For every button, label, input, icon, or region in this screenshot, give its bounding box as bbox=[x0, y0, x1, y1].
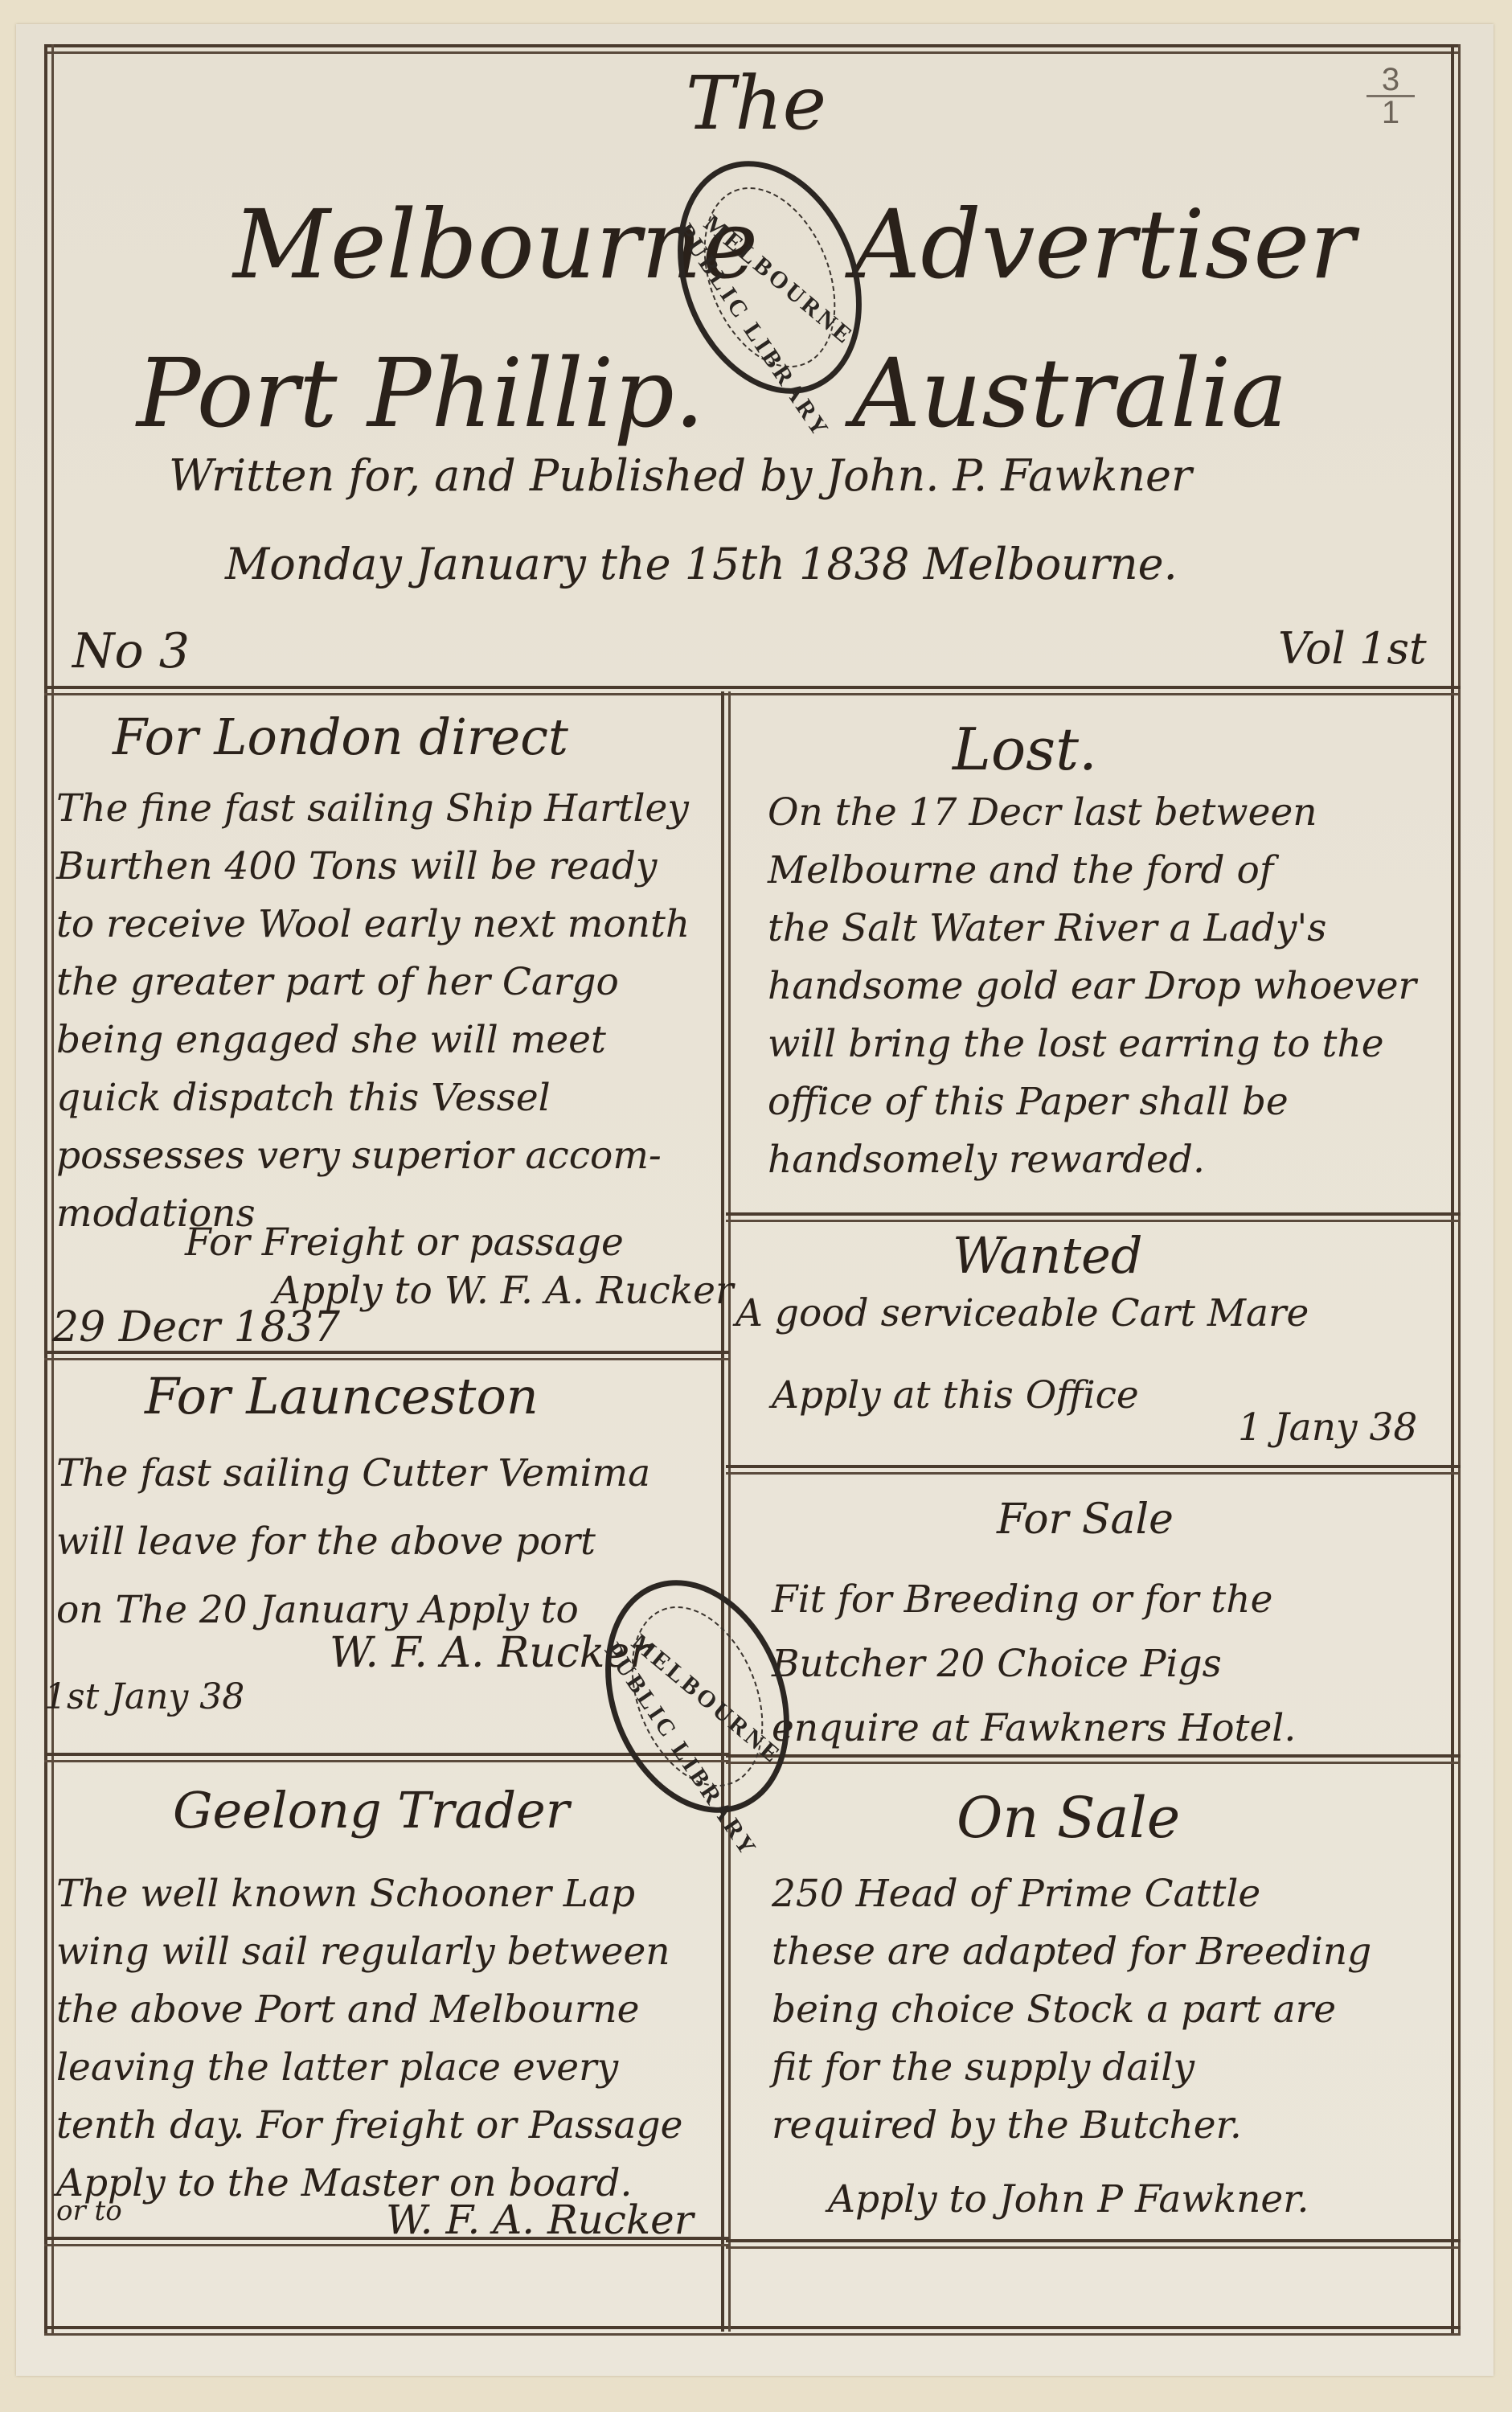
masthead-the: The bbox=[0, 60, 1512, 146]
ad-line: handsome gold ear Drop whoever bbox=[768, 958, 1416, 1015]
ad-line: the Salt Water River a Lady's bbox=[768, 900, 1416, 958]
ad-divider bbox=[726, 1212, 1461, 1222]
ad-divider bbox=[44, 1753, 729, 1762]
masthead-divider bbox=[44, 686, 1461, 695]
ad-body: The fast sailing Cutter Vemima will leav… bbox=[56, 1439, 650, 1644]
ad-line: enquire at Fawkners Hotel. bbox=[772, 1696, 1296, 1761]
column-divider bbox=[721, 691, 731, 2332]
ad-heading: Geelong Trader bbox=[173, 1781, 569, 1840]
ad-heading: For London direct bbox=[113, 708, 568, 766]
ad-body: The well known Schooner Lap wing will sa… bbox=[56, 1865, 682, 2213]
ad-line: A good serviceable Cart Mare bbox=[736, 1285, 1309, 1343]
volume-number: Vol 1st bbox=[1278, 623, 1427, 674]
ad-divider bbox=[726, 1754, 1461, 1764]
ad-line: to receive Wool early next month bbox=[56, 896, 690, 954]
ad-body: A good serviceable Cart Mare bbox=[736, 1285, 1309, 1343]
ad-body: The fine fast sailing Ship Hartley Burth… bbox=[56, 780, 690, 1243]
frame-top-rule bbox=[44, 44, 1461, 54]
ad-apply-contact: Apply to W. F. A. Rucker bbox=[273, 1262, 733, 1320]
ad-line: being choice Stock a part are bbox=[772, 1981, 1371, 2039]
masthead-title-port-phillip: Port Phillip. bbox=[137, 338, 704, 449]
issue-number: No 3 bbox=[72, 623, 190, 679]
ad-line: the above Port and Melbourne bbox=[56, 1981, 682, 2039]
ad-heading: Lost. bbox=[953, 716, 1097, 783]
ad-line: Butcher 20 Choice Pigs bbox=[772, 1632, 1296, 1696]
ad-line: 250 Head of Prime Cattle bbox=[772, 1865, 1371, 1923]
ad-divider bbox=[44, 1351, 729, 1360]
ad-body: On the 17 Decr last between Melbourne an… bbox=[768, 784, 1416, 1189]
ad-line: the greater part of her Cargo bbox=[56, 954, 690, 1011]
frame-bottom-rule bbox=[44, 2326, 1461, 2336]
masthead-title-australia: Australia bbox=[852, 338, 1288, 449]
frame-right-rule bbox=[1451, 44, 1461, 2336]
ad-line: these are adapted for Breeding bbox=[772, 1923, 1371, 1981]
ad-line: tenth day. For freight or Passage bbox=[56, 2097, 682, 2155]
ad-line: handsomely rewarded. bbox=[768, 1131, 1416, 1189]
ad-line: leaving the latter place every bbox=[56, 2039, 682, 2097]
ad-line: will leave for the above port bbox=[56, 1507, 650, 1576]
ad-apply: Apply at this Office bbox=[772, 1367, 1139, 1425]
ad-divider bbox=[726, 2239, 1461, 2249]
ad-line: Fit for Breeding or for the bbox=[772, 1568, 1296, 1632]
ad-date: 29 Decr 1837 bbox=[52, 1298, 340, 1356]
ad-line: wing will sail regularly between bbox=[56, 1923, 682, 1981]
ad-line: Melbourne and the ford of bbox=[768, 842, 1416, 900]
ad-body: 250 Head of Prime Cattle these are adapt… bbox=[772, 1865, 1371, 2155]
ad-line: possesses very superior accom- bbox=[56, 1127, 690, 1185]
ad-body: Fit for Breeding or for the Butcher 20 C… bbox=[772, 1568, 1296, 1761]
ad-line: office of this Paper shall be bbox=[768, 1073, 1416, 1131]
ad-line: The fine fast sailing Ship Hartley bbox=[56, 780, 690, 838]
ad-line: Burthen 400 Tons will be ready bbox=[56, 838, 690, 896]
ad-line: being engaged she will meet bbox=[56, 1011, 690, 1069]
ad-line: The well known Schooner Lap bbox=[56, 1865, 682, 1923]
ad-line: fit for the supply daily bbox=[772, 2039, 1371, 2097]
masthead-title-advertiser: Advertiser bbox=[852, 189, 1355, 300]
ad-heading: On Sale bbox=[957, 1785, 1180, 1851]
frame-left-rule bbox=[44, 44, 54, 2336]
ad-line: will bring the lost earring to the bbox=[768, 1015, 1416, 1073]
ad-apply: Apply to John P Fawkner. bbox=[828, 2171, 1309, 2229]
ad-line: The fast sailing Cutter Vemima bbox=[56, 1439, 650, 1507]
ad-heading: For Launceston bbox=[145, 1367, 539, 1425]
masthead-byline: Written for, and Published by John. P. F… bbox=[169, 450, 1192, 501]
ad-date: 1 Jany 38 bbox=[1238, 1399, 1417, 1457]
ad-line: quick dispatch this Vessel bbox=[56, 1069, 690, 1127]
ad-heading: Wanted bbox=[953, 1226, 1143, 1285]
ad-divider bbox=[44, 2237, 729, 2246]
ad-line: required by the Butcher. bbox=[772, 2097, 1371, 2155]
ad-line: On the 17 Decr last between bbox=[768, 784, 1416, 842]
ad-heading: For Sale bbox=[997, 1495, 1174, 1544]
ad-or-to: or to bbox=[56, 2195, 122, 2227]
ad-divider bbox=[726, 1465, 1461, 1475]
ad-date: 1st Jany 38 bbox=[44, 1668, 244, 1726]
masthead-dateline: Monday January the 15th 1838 Melbourne. bbox=[225, 539, 1178, 589]
